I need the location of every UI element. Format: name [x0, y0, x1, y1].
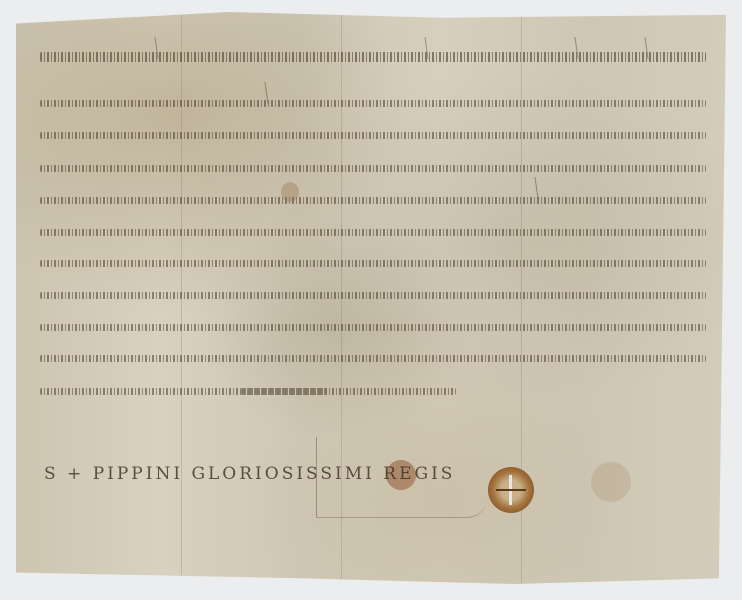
script-line — [40, 292, 706, 299]
stain — [591, 462, 631, 502]
ascender-stroke — [534, 177, 538, 199]
script-line — [40, 165, 706, 172]
script-line — [40, 52, 706, 62]
script-line — [40, 100, 706, 107]
image-description: Photograph of a large parchment diploma … — [0, 0, 1, 1]
script-line — [40, 355, 706, 362]
signum-monogram: S + PIPPINI GLORIOSISSIMI REGIS — [44, 464, 455, 484]
script-line — [40, 197, 706, 204]
script-line — [40, 229, 706, 236]
script-line — [40, 132, 706, 139]
script-line — [241, 388, 456, 395]
wax-seal — [488, 467, 534, 513]
parchment-document: S + PIPPINI GLORIOSISSIMI REGIS — [16, 12, 726, 584]
stain — [281, 182, 299, 202]
script-line — [40, 324, 706, 331]
script-line — [40, 260, 706, 267]
seal-cross-icon — [496, 489, 526, 491]
